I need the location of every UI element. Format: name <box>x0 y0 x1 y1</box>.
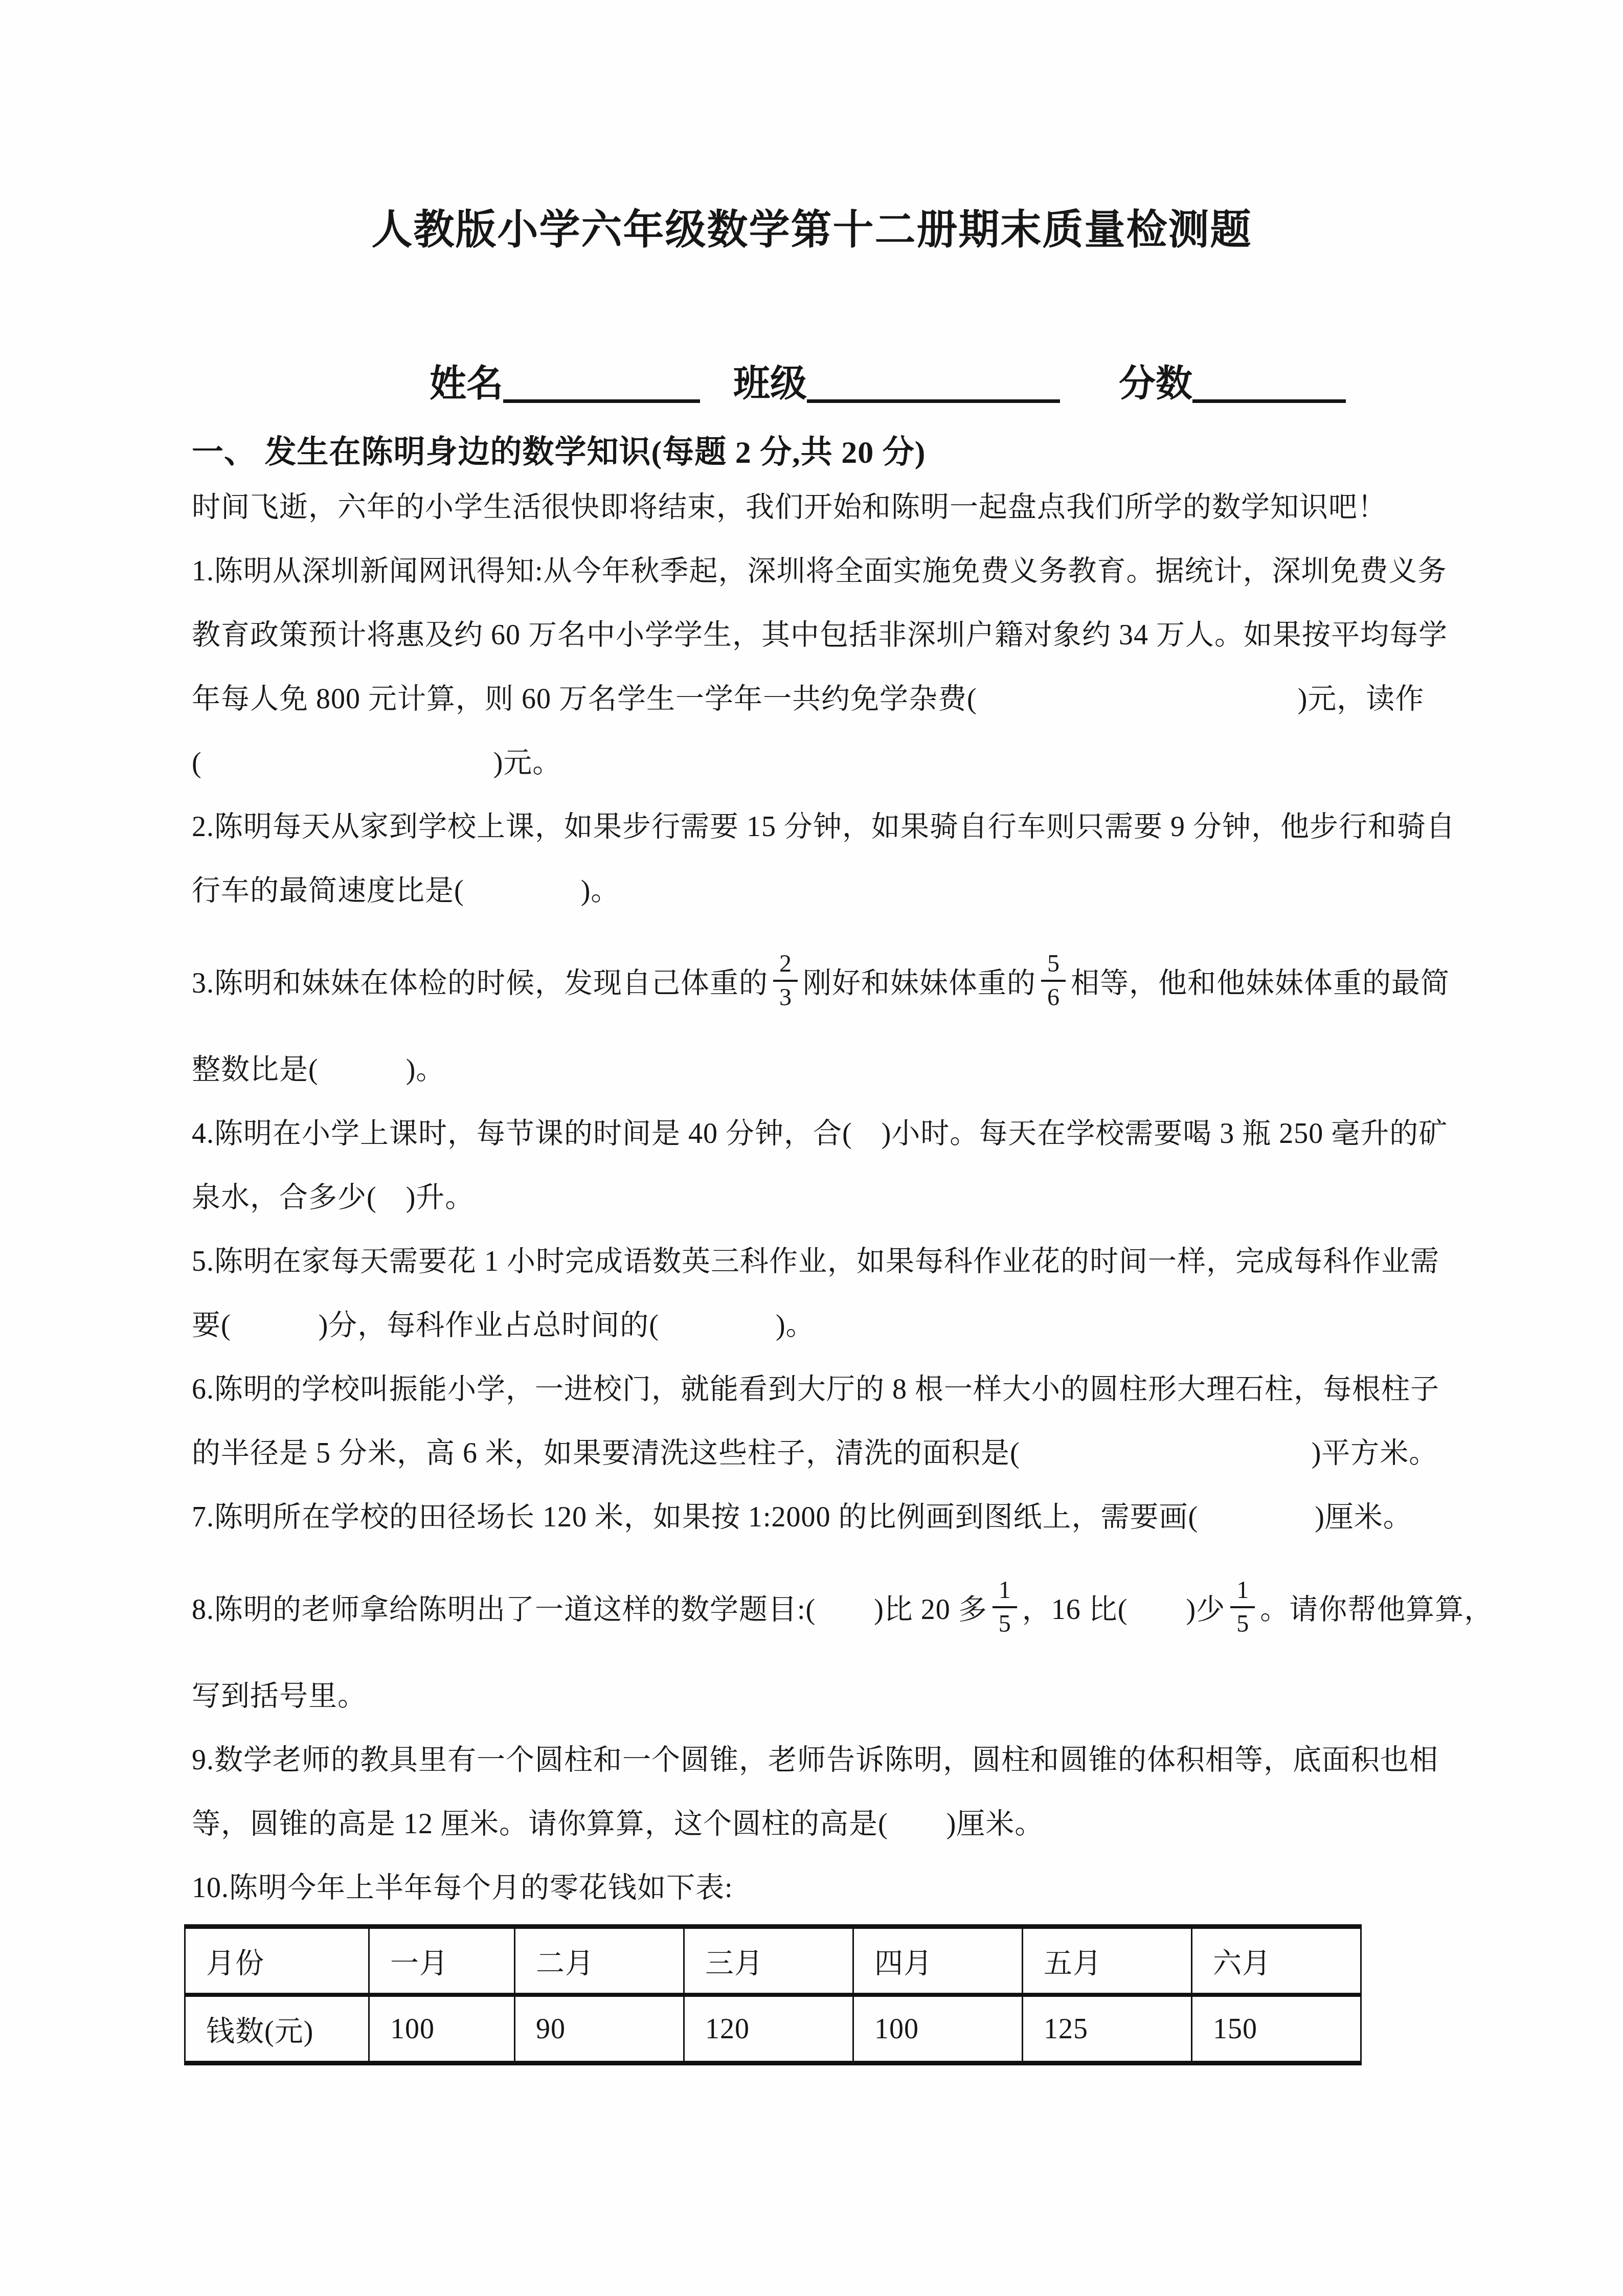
q3-text-post: 相等，他和他妹妹体重的最简 <box>1071 960 1450 1001</box>
q5-line-1: 5.陈明在家每天需要花 1 小时完成语数英三科作业，如果每科作业花的时间一样，完… <box>192 1230 1432 1294</box>
fraction-denominator: 3 <box>779 982 792 1012</box>
q1-line-3: 年每人免 800 元计算，则 60 万名学生一学年一共约免学杂费( )元，读作 <box>192 667 1432 731</box>
fraction-numerator: 5 <box>1041 949 1066 982</box>
table-value-row: 钱数(元) 100 90 120 100 125 150 <box>185 1995 1361 2063</box>
fraction-five-sixths: 5 6 <box>1041 949 1066 1012</box>
q8-text-post: 。请你帮他算算， <box>1260 1587 1493 1628</box>
month-cell: 二月 <box>515 1927 684 1995</box>
fraction-denominator: 6 <box>1047 982 1060 1012</box>
month-cell: 三月 <box>684 1927 853 1995</box>
name-label: 姓名 <box>430 363 503 404</box>
q1-line-4: ( )元。 <box>192 731 1432 795</box>
fraction-numerator: 2 <box>773 949 798 982</box>
q2-line-1: 2.陈明每天从家到学校上课，如果步行需要 15 分钟，如果骑自行车则只需要 9 … <box>192 795 1432 859</box>
q3-text-pre: 3.陈明和妹妹在体检的时候，发现自己体重的 <box>192 960 768 1001</box>
pocket-money-table: 月份 一月 二月 三月 四月 五月 六月 钱数(元) 100 90 120 10… <box>184 1924 1362 2065</box>
q9-line-2: 等，圆锥的高是 12 厘米。请你算算，这个圆柱的高是( )厘米。 <box>192 1792 1432 1856</box>
money-cell: 125 <box>1023 1995 1192 2063</box>
page-title: 人教版小学六年级数学第十二册期末质量检测题 <box>192 199 1432 261</box>
q3-line-2: 整数比是( )。 <box>192 1038 1432 1102</box>
money-row-label: 钱数(元) <box>185 1995 369 2063</box>
month-cell: 五月 <box>1023 1927 1192 1995</box>
month-row-label: 月份 <box>185 1927 369 1995</box>
money-cell: 100 <box>853 1995 1023 2063</box>
score-blank <box>1192 399 1346 403</box>
fraction-numerator: 1 <box>1230 1575 1255 1608</box>
q9-line-1: 9.数学老师的教具里有一个圆柱和一个圆锥，老师告诉陈明，圆柱和圆锥的体积相等，底… <box>192 1728 1432 1792</box>
name-blank <box>503 399 700 403</box>
q6-line-2: 的半径是 5 分米，高 6 米，如果要清洗这些柱子，清洗的面积是( )平方米。 <box>192 1422 1432 1485</box>
fraction-two-thirds: 2 3 <box>773 949 798 1012</box>
fraction-one-fifth: 1 5 <box>993 1575 1017 1639</box>
class-label: 班级 <box>733 363 807 404</box>
money-cell: 90 <box>515 1995 684 2063</box>
month-cell: 六月 <box>1192 1927 1361 1995</box>
table-header-row: 月份 一月 二月 三月 四月 五月 六月 <box>185 1927 1361 1995</box>
q10-line-1: 10.陈明今年上半年每个月的零花钱如下表: <box>192 1856 1432 1920</box>
intro-line: 时间飞逝，六年的小学生活很快即将结束，我们开始和陈明一起盘点我们所学的数学知识吧… <box>192 476 1432 539</box>
header-fields: 姓名班级分数 <box>430 358 1432 409</box>
q6-line-1: 6.陈明的学校叫振能小学，一进校门，就能看到大厅的 8 根一样大小的圆柱形大理石… <box>192 1358 1432 1422</box>
class-blank <box>807 399 1060 403</box>
fraction-numerator: 1 <box>993 1575 1017 1608</box>
score-label: 分数 <box>1119 363 1192 404</box>
money-cell: 120 <box>684 1995 853 2063</box>
fraction-denominator: 5 <box>999 1608 1011 1639</box>
q7-line-1: 7.陈明所在学校的田径场长 120 米，如果按 1:2000 的比例画到图纸上，… <box>192 1485 1432 1549</box>
money-cell: 100 <box>369 1995 515 2063</box>
q8-text-mid: ，16 比( )少 <box>1022 1587 1225 1628</box>
q3-line-1: 3.陈明和妹妹在体检的时候，发现自己体重的 2 3 刚好和妹妹体重的 5 6 相… <box>192 923 1432 1038</box>
month-cell: 四月 <box>853 1927 1023 1995</box>
section-heading: 一、 发生在陈明身边的数学知识(每题 2 分,共 20 分) <box>192 430 1432 476</box>
fraction-denominator: 5 <box>1236 1608 1249 1639</box>
q2-line-2: 行车的最简速度比是( )。 <box>192 859 1432 923</box>
q8-text-pre: 8.陈明的老师拿给陈明出了一道这样的数学题目:( )比 20 多 <box>192 1587 987 1628</box>
money-cell: 150 <box>1192 1995 1361 2063</box>
fraction-one-fifth: 1 5 <box>1230 1575 1255 1639</box>
q1-line-2: 教育政策预计将惠及约 60 万名中小学学生，其中包括非深圳户籍对象约 34 万人… <box>192 603 1432 667</box>
q4-line-1: 4.陈明在小学上课时，每节课的时间是 40 分钟，合( )小时。每天在学校需要喝… <box>192 1102 1432 1166</box>
q8-line-2: 写到括号里。 <box>192 1664 1432 1728</box>
q4-line-2: 泉水，合多少( )升。 <box>192 1166 1432 1230</box>
month-cell: 一月 <box>369 1927 515 1995</box>
q8-line-1: 8.陈明的老师拿给陈明出了一道这样的数学题目:( )比 20 多 1 5 ，16… <box>192 1549 1432 1664</box>
q1-line-1: 1.陈明从深圳新闻网讯得知:从今年秋季起，深圳将全面实施免费义务教育。据统计，深… <box>192 539 1432 603</box>
exam-page: 人教版小学六年级数学第十二册期末质量检测题 姓名班级分数 一、 发生在陈明身边的… <box>0 0 1623 2296</box>
q5-line-2: 要( )分，每科作业占总时间的( )。 <box>192 1294 1432 1358</box>
q3-text-mid: 刚好和妹妹体重的 <box>803 960 1036 1001</box>
